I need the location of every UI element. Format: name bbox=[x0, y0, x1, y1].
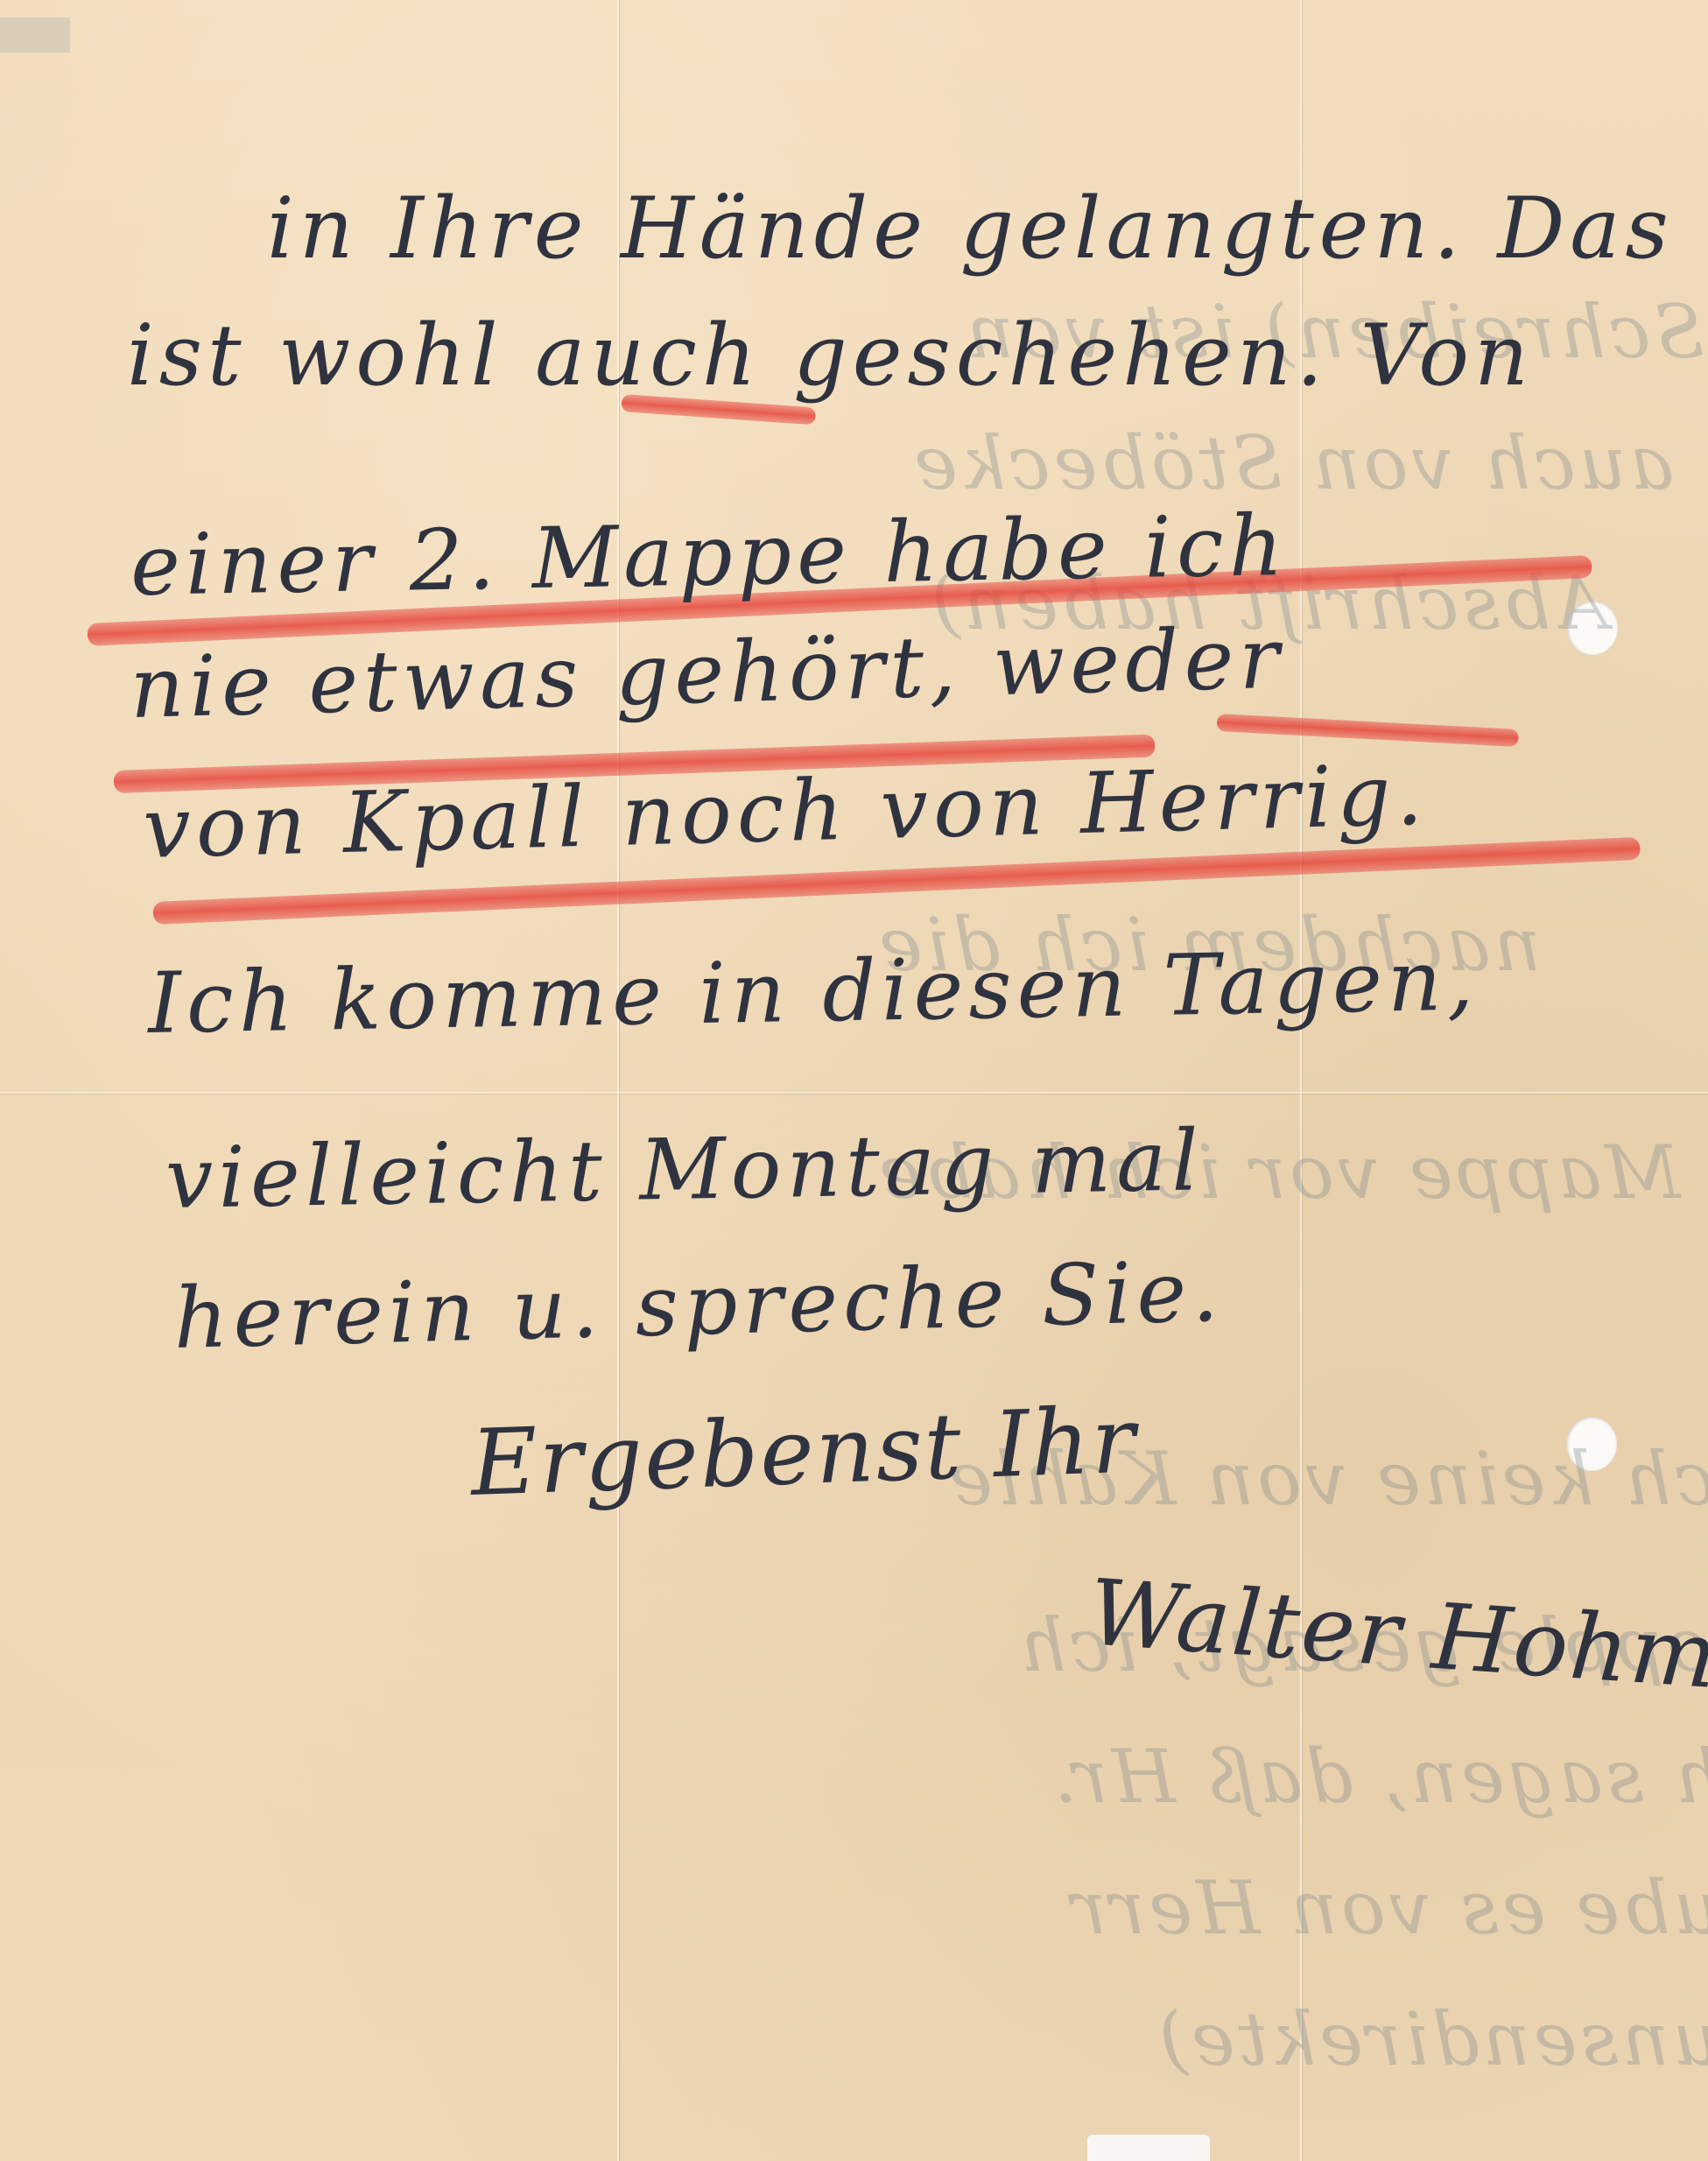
letter-page: Schreiben) ist von auch von Stöbecke Abs… bbox=[0, 0, 1708, 2161]
letter-line-1: in Ihre Hände gelangten. Das bbox=[267, 179, 1674, 278]
letter-line-2: ist wohl auch geschehen. Von bbox=[127, 306, 1534, 405]
bleed-through-line: auch von Stöbecke bbox=[910, 420, 1674, 506]
fold-line-horizontal bbox=[0, 1092, 1708, 1094]
bleed-through-line: 5 (ich glaube es von Herr bbox=[1068, 1865, 1708, 1951]
red-underline-weder bbox=[1216, 714, 1519, 747]
letter-line-6: Ich komme in diesen Tagen, bbox=[147, 931, 1480, 1052]
paper-tear-bottom bbox=[1087, 2135, 1210, 2161]
letter-line-8: herein u. spreche Sie. bbox=[172, 1242, 1225, 1368]
letter-line-7: vielleicht Montag mal bbox=[165, 1111, 1205, 1228]
bleed-through-line: Hr. Lunsendirekte) bbox=[1156, 1996, 1708, 2082]
header-stamp-remnant bbox=[0, 18, 70, 53]
letter-line-3: einer 2. Mappe habe ich bbox=[130, 496, 1289, 615]
bleed-through-line: sollte ich sagen, daß Hr. bbox=[1051, 1734, 1708, 1820]
letter-signature: Walter Hohmann bbox=[1086, 1559, 1708, 1721]
